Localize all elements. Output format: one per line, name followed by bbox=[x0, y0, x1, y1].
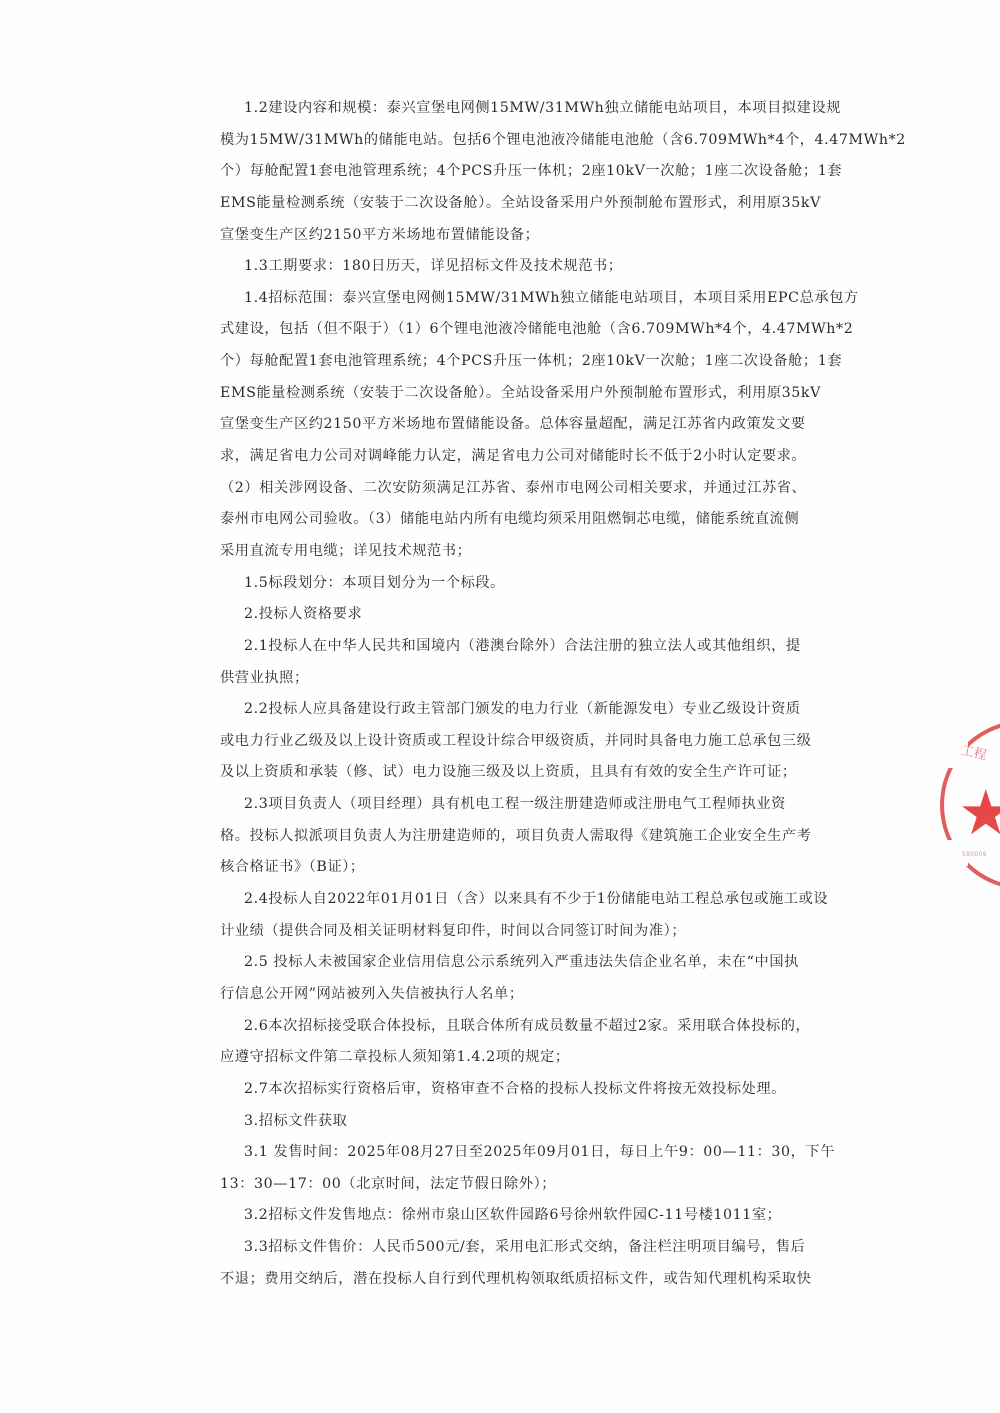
paragraph-1-4: 1.4招标范围：泰兴宣堡电网侧15MW/31MWh独立储能电站项目，本项目采用E… bbox=[220, 286, 790, 571]
section-heading: 2.投标人资格要求 bbox=[220, 602, 790, 634]
text-line: 不退；费用交纳后，潜在投标人自行到代理机构领取纸质招标文件，或告知代理机构采取快 bbox=[220, 1267, 790, 1299]
text-line: 泰州市电网公司验收。（3）储能电站内所有电缆均须采用阻燃铜芯电缆，储能系统直流侧 bbox=[220, 507, 790, 539]
text-line: 采用直流专用电缆；详见技术规范书； bbox=[220, 539, 790, 571]
text-line: EMS能量检测系统（安装于二次设备舱）。全站设备采用户外预制舱布置形式，利用原3… bbox=[220, 381, 790, 413]
paragraph-1-2: 1.2建设内容和规模：泰兴宣堡电网侧15MW/31MWh独立储能电站项目，本项目… bbox=[220, 96, 790, 254]
text-line: 1.5标段划分：本项目划分为一个标段。 bbox=[220, 571, 790, 603]
paragraph-2-6: 2.6本次招标接受联合体投标，且联合体所有成员数量不超过2家。采用联合体投标的，… bbox=[220, 1014, 790, 1077]
text-line: EMS能量检测系统（安装于二次设备舱）。全站设备采用户外预制舱布置形式，利用原3… bbox=[220, 191, 790, 223]
paragraph-1-3: 1.3工期要求：180日历天，详见招标文件及技术规范书； bbox=[220, 254, 790, 286]
text-line: 计业绩（提供合同及相关证明材料复印件，时间以合同签订时间为准）； bbox=[220, 919, 790, 951]
text-line: 格。投标人拟派项目负责人为注册建造师的，项目负责人需取得《建筑施工企业安全生产考 bbox=[220, 824, 790, 856]
text-line: 2.5 投标人未被国家企业信用信息公示系统列入严重违法失信企业名单，未在“中国执 bbox=[220, 950, 790, 982]
text-line: 3.1 发售时间：2025年08月27日至2025年09月01日，每日上午9：0… bbox=[220, 1140, 790, 1172]
text-line: 模为15MW/31MWh的储能电站。包括6个锂电池液冷储能电池舱（含6.709M… bbox=[220, 128, 790, 160]
text-line: 13：30—17：00（北京时间，法定节假日除外）； bbox=[220, 1172, 790, 1204]
text-line: 应遵守招标文件第二章投标人须知第1.4.2项的规定； bbox=[220, 1045, 790, 1077]
paragraph-2-2: 2.2投标人应具备建设行政主管部门颁发的电力行业（新能源发电）专业乙级设计资质 … bbox=[220, 697, 790, 792]
text-line: （2）相关涉网设备、二次安防须满足江苏省、泰州市电网公司相关要求，并通过江苏省、 bbox=[220, 476, 790, 508]
text-line: 3.2招标文件发售地点：徐州市泉山区软件园路6号徐州软件园C-11号楼1011室… bbox=[220, 1203, 790, 1235]
seal-code: 580009 bbox=[962, 851, 987, 858]
text-line: 2.3项目负责人（项目经理）具有机电工程一级注册建造师或注册电气工程师执业资 bbox=[220, 792, 790, 824]
text-line: 2.2投标人应具备建设行政主管部门颁发的电力行业（新能源发电）专业乙级设计资质 bbox=[220, 697, 790, 729]
text-line: 行信息公开网”网站被列入失信被执行人名单； bbox=[220, 982, 790, 1014]
text-line: 及以上资质和承装（修、试）电力设施三级及以上资质，且具有有效的安全生产许可证； bbox=[220, 760, 790, 792]
text-line: 宣堡变生产区约2150平方米场地布置储能设备。总体容量超配，满足江苏省内政策发文… bbox=[220, 412, 790, 444]
paragraph-1-5: 1.5标段划分：本项目划分为一个标段。 bbox=[220, 571, 790, 603]
paragraph-3-3: 3.3招标文件售价：人民币500元/套，采用电汇形式交纳，备注栏注明项目编号，售… bbox=[220, 1235, 790, 1298]
section-heading-2: 2.投标人资格要求 bbox=[220, 602, 790, 634]
text-line: 宣堡变生产区约2150平方米场地布置储能设备； bbox=[220, 223, 790, 255]
text-line: 核合格证书》（B证）； bbox=[220, 855, 790, 887]
text-line: 2.4投标人自2022年01月01日（含）以来具有不少于1份储能电站工程总承包或… bbox=[220, 887, 790, 919]
text-line: 2.6本次招标接受联合体投标，且联合体所有成员数量不超过2家。采用联合体投标的， bbox=[220, 1014, 790, 1046]
section-heading: 3.招标文件获取 bbox=[220, 1109, 790, 1141]
paragraph-2-7: 2.7本次招标实行资格后审，资格审查不合格的投标人投标文件将按无效投标处理。 bbox=[220, 1077, 790, 1109]
paragraph-3-1: 3.1 发售时间：2025年08月27日至2025年09月01日，每日上午9：0… bbox=[220, 1140, 790, 1203]
paragraph-3-2: 3.2招标文件发售地点：徐州市泉山区软件园路6号徐州软件园C-11号楼1011室… bbox=[220, 1203, 790, 1235]
text-line: 个）每舱配置1套电池管理系统；4个PCS升压一体机；2座10kV一次舱；1座二次… bbox=[220, 349, 790, 381]
document-page: 1.2建设内容和规模：泰兴宣堡电网侧15MW/31MWh独立储能电站项目，本项目… bbox=[0, 0, 1000, 1413]
text-line: 求，满足省电力公司对调峰能力认定，满足省电力公司对储能时长不低于2小时认定要求。 bbox=[220, 444, 790, 476]
text-line: 1.2建设内容和规模：泰兴宣堡电网侧15MW/31MWh独立储能电站项目，本项目… bbox=[220, 96, 790, 128]
text-line: 式建设，包括（但不限于）（1）6个锂电池液冷储能电池舱（含6.709MWh*4个… bbox=[220, 317, 790, 349]
paragraph-2-5: 2.5 投标人未被国家企业信用信息公示系统列入严重违法失信企业名单，未在“中国执… bbox=[220, 950, 790, 1013]
text-line: 供营业执照； bbox=[220, 666, 790, 698]
text-line: 2.7本次招标实行资格后审，资格审查不合格的投标人投标文件将按无效投标处理。 bbox=[220, 1077, 790, 1109]
paragraph-2-3: 2.3项目负责人（项目经理）具有机电工程一级注册建造师或注册电气工程师执业资 格… bbox=[220, 792, 790, 887]
text-line: 或电力行业乙级及以上设计资质或工程设计综合甲级资质，并同时具备电力施工总承包三级 bbox=[220, 729, 790, 761]
text-line: 1.3工期要求：180日历天，详见招标文件及技术规范书； bbox=[220, 254, 790, 286]
text-line: 1.4招标范围：泰兴宣堡电网侧15MW/31MWh独立储能电站项目，本项目采用E… bbox=[220, 286, 790, 318]
text-line: 2.1投标人在中华人民共和国境内（港澳台除外）合法注册的独立法人或其他组织，提 bbox=[220, 634, 790, 666]
text-line: 3.3招标文件售价：人民币500元/套，采用电汇形式交纳，备注栏注明项目编号，售… bbox=[220, 1235, 790, 1267]
paragraph-2-1: 2.1投标人在中华人民共和国境内（港澳台除外）合法注册的独立法人或其他组织，提 … bbox=[220, 634, 790, 697]
text-line: 个）每舱配置1套电池管理系统；4个PCS升压一体机；2座10kV一次舱；1座二次… bbox=[220, 159, 790, 191]
document-body: 1.2建设内容和规模：泰兴宣堡电网侧15MW/31MWh独立储能电站项目，本项目… bbox=[220, 96, 790, 1298]
section-heading-3: 3.招标文件获取 bbox=[220, 1109, 790, 1141]
paragraph-2-4: 2.4投标人自2022年01月01日（含）以来具有不少于1份储能电站工程总承包或… bbox=[220, 887, 790, 950]
